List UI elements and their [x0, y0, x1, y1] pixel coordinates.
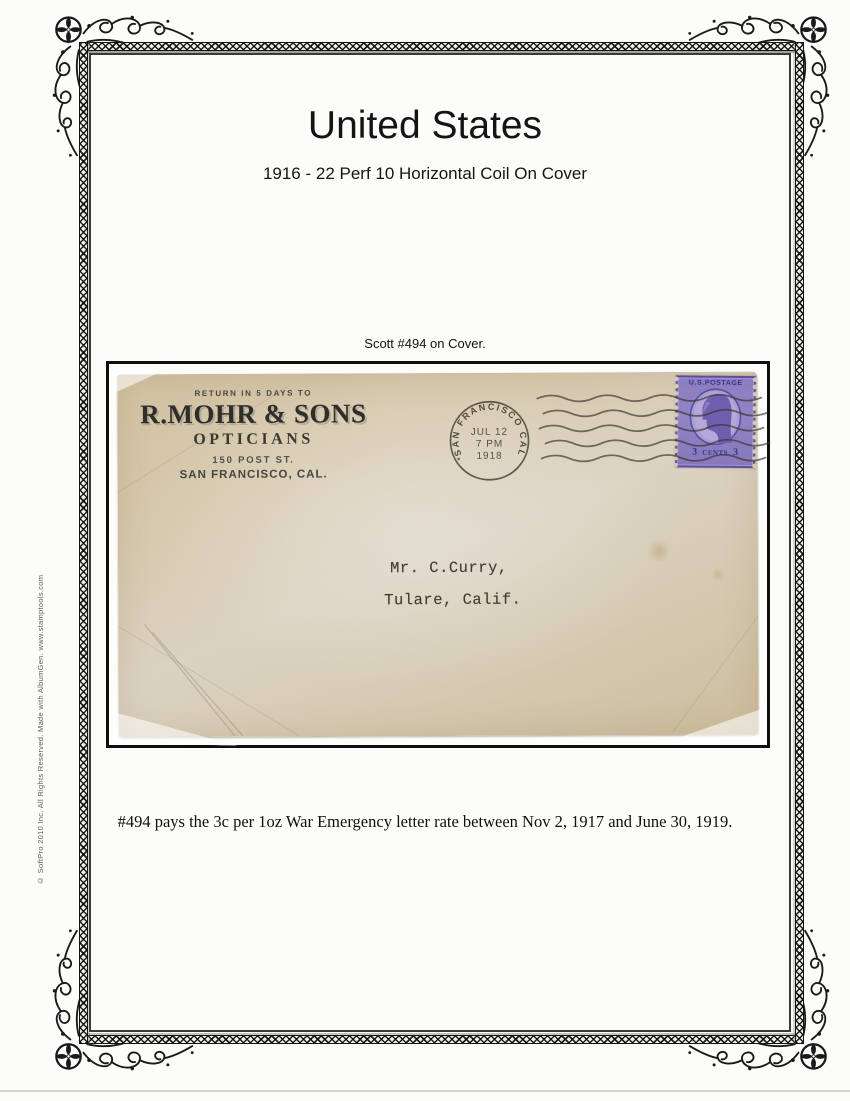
paper-stain	[710, 568, 726, 582]
software-credit: © SoftPro 2010 Inc. All Rights Reserved.…	[36, 570, 49, 890]
company-street: 150 POST ST.	[120, 454, 388, 466]
return-instruction: RETURN IN 5 DAYS TO	[119, 388, 387, 398]
cancellation-lines	[535, 386, 781, 475]
rate-footnote: #494 pays the 3c per 1oz War Emergency l…	[0, 812, 850, 832]
scan-edge-line	[0, 1090, 850, 1092]
border-band-left	[79, 42, 88, 1044]
album-page: United States 1916 - 22 Perf 10 Horizont…	[0, 0, 850, 1101]
cover-photo-frame: RETURN IN 5 DAYS TO R.MOHR & SONS OPTICI…	[106, 361, 770, 748]
recipient-city: Tulare, Calif.	[384, 591, 521, 610]
border-band-bottom	[79, 1035, 804, 1044]
postmark-date: JUL 12	[471, 427, 508, 438]
envelope: RETURN IN 5 DAYS TO R.MOHR & SONS OPTICI…	[117, 372, 759, 738]
figure-caption: Scott #494 on Cover.	[0, 336, 850, 351]
page-title: United States	[0, 104, 850, 148]
company-trade: OPTICIANS	[119, 430, 387, 449]
postmark-time: 7 PM	[476, 439, 503, 450]
page-subtitle: 1916 - 22 Perf 10 Horizontal Coil On Cov…	[0, 164, 850, 184]
company-city: SAN FRANCISCO, CAL.	[120, 468, 388, 481]
border-band-top	[79, 42, 804, 51]
company-name: R.MOHR & SONS	[119, 398, 387, 430]
return-address-block: RETURN IN 5 DAYS TO R.MOHR & SONS OPTICI…	[119, 388, 387, 481]
recipient-name: Mr. C.Curry,	[390, 559, 508, 578]
paper-stain	[646, 540, 672, 562]
postmark: SAN FRANCISCO CAL. JUL 12 7 PM 1918	[441, 393, 537, 489]
postmark-year: 1918	[476, 451, 502, 462]
border-band-right	[795, 42, 804, 1044]
